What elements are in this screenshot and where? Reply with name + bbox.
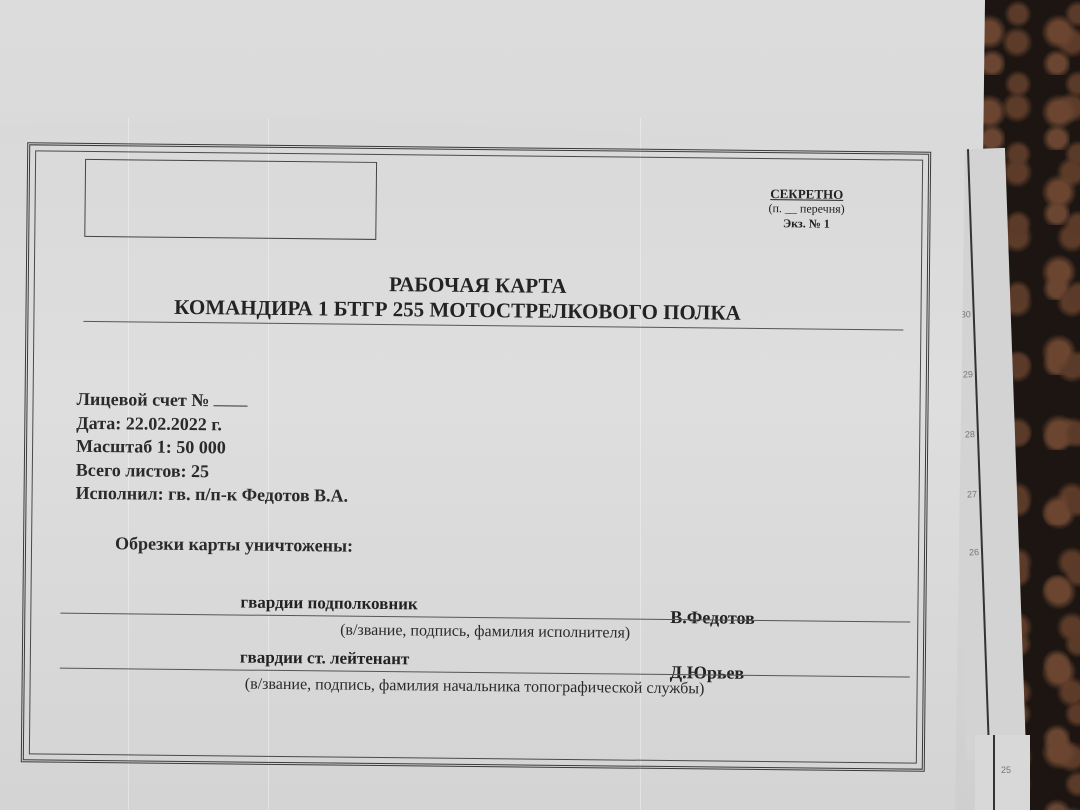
account-row: Лицевой счет №	[76, 388, 349, 414]
sheets-field: Всего листов: 25	[76, 458, 349, 484]
map-border-line	[993, 735, 995, 810]
trimmings-destroyed-label: Обрезки карты уничтожены:	[115, 533, 353, 556]
classification-label: СЕКРЕТНО	[752, 186, 862, 202]
account-label: Лицевой счет №	[76, 389, 209, 410]
classification-list-item: (п. __ перечня)	[752, 201, 862, 217]
classification-block: СЕКРЕТНО (п. __ перечня) Экз. № 1	[751, 186, 861, 232]
info-block: Лицевой счет № Дата: 22.02.2022 г. Масшт…	[75, 388, 349, 508]
map-tick: 29	[963, 369, 973, 379]
account-blank	[214, 391, 248, 406]
map-tick: 26	[969, 547, 979, 557]
stamp-box	[84, 159, 377, 240]
executor-field: Исполнил: гв. п/п-к Федотов В.А.	[75, 482, 348, 508]
map-border-line	[967, 149, 990, 749]
map-tick: 25	[1001, 765, 1011, 775]
map-tick: 28	[965, 429, 975, 439]
date-field: Дата: 22.02.2022 г.	[76, 411, 349, 437]
map-margin-strip-lower: 25	[975, 735, 1030, 810]
map-tick: 27	[967, 489, 977, 499]
signature-rank: гвардии ст. лейтенант	[240, 648, 410, 670]
scale-field: Масштаб 1: 50 000	[76, 435, 349, 461]
signature-rank: гвардии подполковник	[240, 593, 417, 615]
document-frame: СЕКРЕТНО (п. __ перечня) Экз. № 1 РАБОЧА…	[21, 142, 931, 771]
copy-number: Экз. № 1	[751, 216, 861, 232]
